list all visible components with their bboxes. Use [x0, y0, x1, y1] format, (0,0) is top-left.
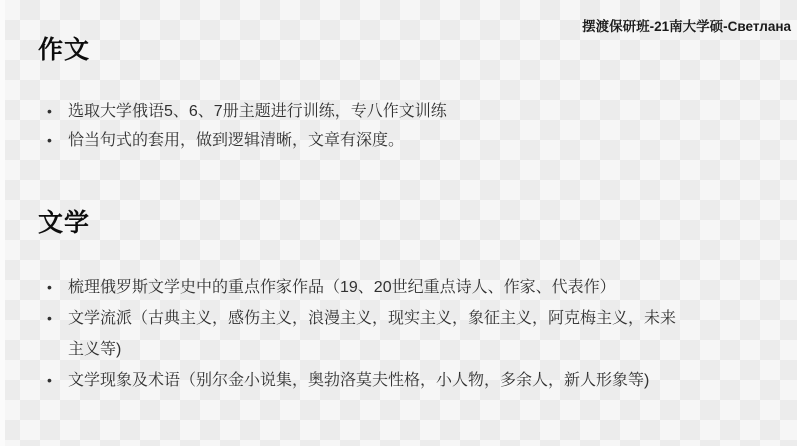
bullet-text: 恰当句式的套用，做到逻辑清晰，文章有深度。 [68, 132, 404, 149]
watermark: 摆渡保研班-21南大学硕-Светлана [582, 15, 791, 35]
slide-left-edge [0, 0, 5, 446]
bullet-marker: • [47, 272, 52, 303]
bullet-text: 选取大学俄语5、6、7册主题进行训练，专八作文训练 [68, 103, 447, 120]
bullet-item: • 恰当句式的套用，做到逻辑清晰，文章有深度。 [38, 126, 738, 155]
literature-bullet-list: • 梳理俄罗斯文学史中的重点作家作品（19、20世纪重点诗人、作家、代表作） •… [38, 272, 678, 396]
bullet-item: • 选取大学俄语5、6、7册主题进行训练，专八作文训练 [38, 97, 738, 126]
section-title-composition: 作文 [38, 37, 90, 63]
bullet-item: • 梳理俄罗斯文学史中的重点作家作品（19、20世纪重点诗人、作家、代表作） [38, 272, 678, 303]
section-title-literature: 文学 [38, 210, 90, 236]
bullet-marker: • [47, 303, 52, 334]
slide-canvas: 摆渡保研班-21南大学硕-Светлана 作文 • 选取大学俄语5、6、7册主… [0, 0, 797, 446]
bullet-marker: • [47, 97, 52, 126]
bullet-item: • 文学流派（古典主义，感伤主义，浪漫主义，现实主义，象征主义，阿克梅主义，未来… [38, 303, 678, 365]
bullet-text: 梳理俄罗斯文学史中的重点作家作品（19、20世纪重点诗人、作家、代表作） [68, 279, 616, 296]
bullet-item: • 文学现象及术语（别尔金小说集，奥勃洛莫夫性格，小人物，多余人，新人形象等) [38, 365, 678, 396]
bullet-marker: • [47, 126, 52, 155]
bullet-text: 文学现象及术语（别尔金小说集，奥勃洛莫夫性格，小人物，多余人，新人形象等) [68, 372, 649, 389]
bullet-text: 文学流派（古典主义，感伤主义，浪漫主义，现实主义，象征主义，阿克梅主义，未来主义… [68, 310, 676, 358]
bullet-marker: • [47, 365, 52, 396]
composition-bullet-list: • 选取大学俄语5、6、7册主题进行训练，专八作文训练 • 恰当句式的套用，做到… [38, 97, 738, 155]
